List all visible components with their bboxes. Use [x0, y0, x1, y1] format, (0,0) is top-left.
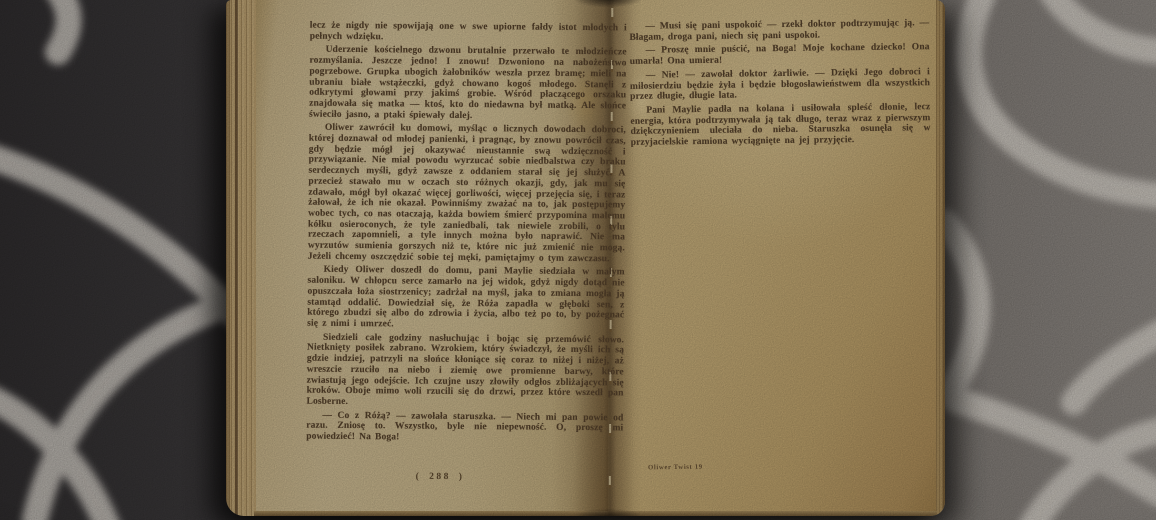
paragraph: Pani Maylie padła na kolana i usiłowała … — [630, 102, 931, 148]
right-fore-edge — [936, 0, 945, 516]
page-number: ( 288 ) — [290, 471, 590, 483]
left-fore-edge — [226, 0, 258, 516]
paragraph: — Co z Różą? — zawołała staruszka. — Nie… — [306, 410, 623, 445]
book-photo: lecz że nigdy nie spowijają one w swe up… — [0, 0, 1156, 520]
paragraph: lecz że nigdy nie spowijają one w swe up… — [310, 21, 627, 45]
right-page-text: — Musi się pani uspokoić — rzekł doktor … — [629, 18, 931, 148]
paragraph: — Proszę mnie puścić, na Boga! Moje koch… — [630, 43, 930, 68]
paragraph: — Nie! — zawołał doktor żarliwie. — Dzię… — [630, 67, 930, 103]
paragraph: Oliwer zawrócił ku domowi, myśląc o licz… — [308, 123, 626, 265]
printer-signature: Oliwer Twist 19 — [648, 464, 703, 472]
paragraph: Siedzieli całe godziny nasłuchując i boj… — [306, 332, 624, 410]
open-book: lecz że nigdy nie spowijają one w swe up… — [226, 0, 945, 516]
paragraph: Uderzenie kościelnego dzwonu brutalnie p… — [309, 45, 627, 123]
paragraph: — Musi się pani uspokoić — rzekł doktor … — [629, 18, 929, 43]
paragraph: Kiedy Oliwer doszedł do domu, pani Mayli… — [307, 265, 625, 332]
left-page-text: lecz że nigdy nie spowijają one w swe up… — [306, 21, 627, 445]
